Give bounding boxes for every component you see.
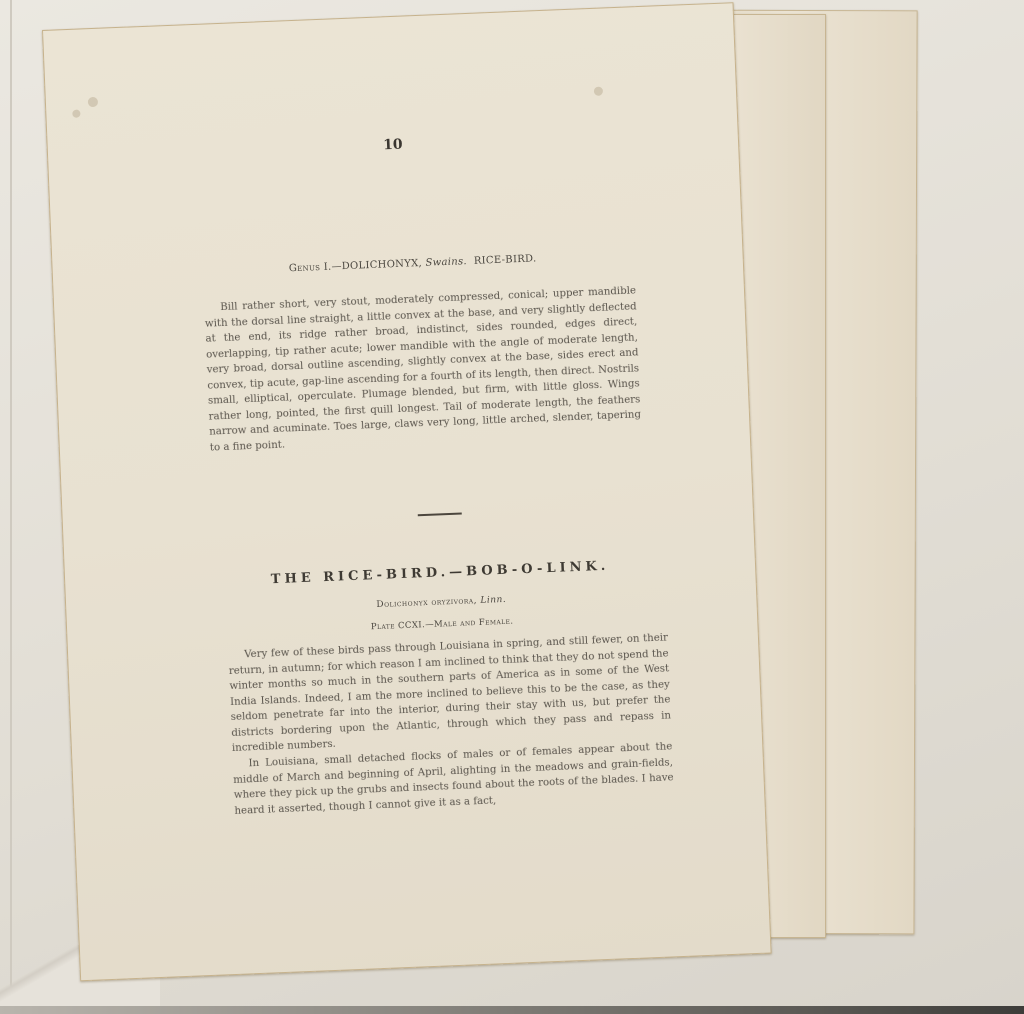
latin-authority: Linn. xyxy=(480,595,506,606)
latin-binomial: Dolichonyx oryzivora, xyxy=(376,596,477,610)
bottom-edge-shadow xyxy=(0,1006,1024,1014)
body-paragraph: Very few of these birds pass through Lou… xyxy=(228,630,672,756)
foxing-spot xyxy=(594,87,603,96)
genus-heading: Genus I.—DOLICHONYX, Swains. RICE-BIRD. xyxy=(203,250,623,278)
board-edge xyxy=(10,0,12,1014)
genus-authority: Swains. xyxy=(425,256,467,269)
genus-common-name: RICE-BIRD. xyxy=(474,253,537,267)
species-title: THE RICE-BIRD.—BOB-O-LINK. xyxy=(215,556,665,589)
foxing-spot xyxy=(88,97,98,107)
front-page: 10 Genus I.—DOLICHONYX, Swains. RICE-BIR… xyxy=(42,2,772,981)
genus-prefix: Genus I.— xyxy=(289,261,342,274)
genus-description: Bill rather short, very stout, moderatel… xyxy=(204,283,642,455)
foxing-spot xyxy=(72,110,80,118)
genus-name: DOLICHONYX, xyxy=(342,258,423,272)
page-number: 10 xyxy=(48,123,738,167)
section-divider xyxy=(418,513,462,517)
